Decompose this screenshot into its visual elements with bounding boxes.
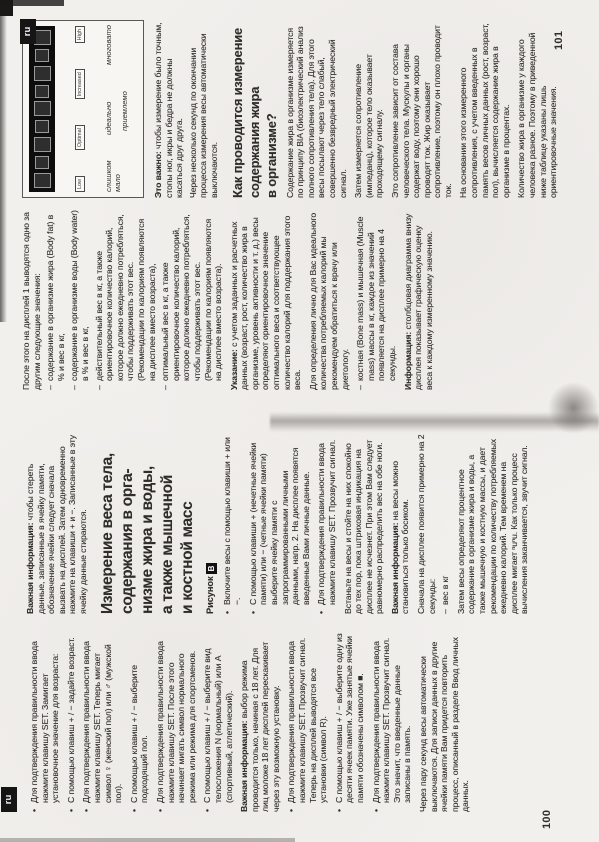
zone-tab-optimal: Optimal — [75, 125, 85, 150]
scan-edge-shadow-top — [0, 0, 7, 322]
list-item: •Для подтверждения правильности ввода на… — [155, 632, 197, 812]
paragraph: Это сопротивление зависит от состава чел… — [390, 22, 454, 198]
item-text: костная (Bone mass) и мышечная (Muscle m… — [355, 217, 397, 381]
dash-marker: – — [69, 385, 80, 390]
page-number-101: 101 — [553, 31, 565, 50]
item-body: оптимальный вес в кг, а также ориентиров… — [160, 214, 223, 381]
zone-tab-high: High — [75, 26, 85, 43]
scan-edge-shadow-right — [0, 0, 64, 6]
dash-item: –действительный вес в кг, а также ориент… — [94, 210, 158, 390]
zone-label-too-much: многовато — [105, 25, 114, 65]
section-heading: Как проводится измерение содержания жира… — [229, 22, 280, 198]
item-text: Содержание жира в организме измеряется п… — [285, 26, 348, 198]
paragraph: Затем весы определяют процентное содержа… — [456, 434, 530, 614]
paragraph: После этого на дисплей 1 выводятся одно … — [21, 210, 42, 390]
dash-marker: – — [440, 609, 451, 614]
item-text: Для подтверждения правильности ввода наж… — [286, 638, 328, 803]
dash-item: –содержание в организме воды (Body water… — [69, 210, 90, 390]
item-body: костная (Bone mass) и мышечная (Muscle m… — [355, 217, 397, 381]
item-text: Для подтверждения правильности ввода наж… — [81, 641, 123, 803]
note-paragraph: Важная информация: чтобы стереть данные,… — [25, 434, 89, 614]
lcd-segment — [35, 85, 49, 98]
bullet-marker: • — [371, 809, 382, 812]
item-body: С помощью клавиш + / − выберите подходящ… — [129, 665, 150, 803]
item-body: Через пару секунд весы автоматически вык… — [418, 637, 470, 812]
item-body: содержание в организме воды (Body water)… — [69, 210, 90, 381]
lcd-segment — [34, 173, 51, 188]
lcd-segment — [35, 49, 49, 62]
item-body: Для определения лично для Вас идеального… — [308, 213, 350, 390]
item-text: Для подтверждения правильности ввода наж… — [155, 641, 197, 803]
item-body: вес в кг — [440, 576, 450, 605]
dash-item: –вес в кг — [440, 434, 451, 614]
list-item: •Для подтверждения правильности ввода на… — [286, 632, 328, 812]
item-body: Это сопротивление зависит от состава чел… — [390, 25, 453, 198]
item-body: Затем измеряется сопротивление (импеданц… — [353, 54, 384, 198]
page-number-100: 100 — [541, 810, 553, 829]
item-body: Содержание жира в организме измеряется п… — [285, 26, 348, 198]
lcd-segment — [35, 156, 49, 169]
item-text: После этого на дисплей 1 выводятся одно … — [21, 212, 42, 390]
item-body: С помощью клавиш + / − задайте возраст. — [66, 637, 76, 803]
list-item: •Для подтверждения правильности ввода на… — [81, 632, 123, 812]
page100-left-column: •Для подтверждения правильности ввода на… — [26, 632, 471, 812]
paragraph: На основании этого измеренного сопротивл… — [458, 22, 511, 198]
bullet-marker: • — [155, 809, 166, 812]
item-text: Затем весы определяют процентное содержа… — [456, 439, 530, 614]
item-text: С помощью клавиш + / − выберите подходящ… — [129, 665, 150, 803]
page-fold-shadow — [270, 412, 599, 432]
item-text: Для подтверждения правильности ввода наж… — [371, 638, 413, 803]
dash-marker: – — [160, 385, 171, 390]
list-item: •Для подтверждения правильности ввода на… — [316, 434, 337, 614]
list-item: •С помощью клавиш + / − выберите вид тел… — [202, 632, 234, 812]
item-lead: Это важно: — [153, 149, 163, 198]
scan-corner-mark — [0, 0, 13, 16]
zone-tab-low: Low — [75, 176, 85, 192]
item-text: оптимальный вес в кг, а также ориентиров… — [160, 214, 223, 381]
lcd-segment-bar — [29, 26, 55, 192]
item-text: действительный вес в кг, а также ориенти… — [94, 214, 157, 381]
item-body: Для подтверждения правильности ввода наж… — [81, 641, 123, 803]
item-body: содержание в организме жира (Body fat) в… — [45, 215, 66, 381]
bullet-marker: • — [334, 809, 345, 812]
lcd-segment — [34, 137, 51, 152]
item-lead: Указание: — [229, 347, 239, 390]
dash-item: –оптимальный вес в кг, а также ориентиро… — [160, 210, 224, 390]
item-body: Для подтверждения правильности ввода наж… — [371, 638, 413, 803]
item-text: С помощью клавиш + / − выберите вид тело… — [202, 649, 233, 804]
bullet-marker: • — [286, 809, 297, 812]
item-body: Включите весы с помощью клавиши + или −. — [222, 437, 243, 605]
dash-marker: – — [94, 385, 105, 390]
zone-tabs: Low Optimal Increased High — [75, 26, 85, 192]
item-body: С помощью клавиш + / − выберите вид тело… — [202, 649, 233, 804]
manual-spread-rotated: ru •Для подтверждения правильности ввода… — [0, 0, 599, 842]
item-text: Важная информация: на весы можно станови… — [390, 461, 411, 614]
item-text: Сначала на дисплее появится примерно на … — [416, 435, 437, 614]
item-body: На основании этого измеренного сопротивл… — [458, 23, 510, 198]
item-text: Количество жира в организме у каждого че… — [516, 33, 558, 198]
figure-reference: Рисунок B — [205, 434, 217, 614]
item-text: Для определения лично для Вас идеального… — [308, 213, 350, 390]
item-text: С помощью клавиш + / − задайте возраст. — [66, 637, 76, 803]
item-body: Для подтверждения правильности ввода наж… — [316, 440, 337, 605]
list-item: •Для подтверждения правильности ввода на… — [371, 632, 413, 812]
item-lead: Важная информация: — [390, 520, 400, 614]
item-text: Включите весы с помощью клавиши + или −. — [222, 437, 243, 605]
bullet-marker: • — [222, 611, 233, 614]
item-text: Через пару секунд весы автоматически вык… — [418, 637, 470, 812]
item-body: действительный вес в кг, а также ориенти… — [94, 214, 157, 381]
item-text: Информация: столбцовая диаграмма внизу д… — [403, 214, 434, 390]
item-body: Затем весы определяют процентное содержа… — [456, 439, 530, 614]
paragraph: Через пару секунд весы автоматически вык… — [418, 632, 471, 812]
note-paragraph: Указание: с учетом заданных и расчетных … — [229, 210, 303, 390]
item-body: Количество жира в организме у каждого че… — [516, 33, 558, 198]
note-paragraph: Это важно: чтобы измерение было точным, … — [153, 22, 185, 198]
note-paragraph: Информация: столбцовая диаграмма внизу д… — [403, 210, 435, 390]
list-item: •С помощью клавиш + / − выберите одну из… — [334, 632, 366, 812]
bullet-marker: • — [81, 809, 92, 812]
dash-marker: – — [45, 385, 56, 390]
item-body: Для подтверждения правильности ввода наж… — [29, 641, 60, 803]
item-text: Важная информация: чтобы стереть данные,… — [25, 435, 88, 614]
paragraph: Затем измеряется сопротивление (импеданц… — [353, 22, 385, 198]
item-body: Сначала на дисплее появится примерно на … — [416, 435, 437, 614]
item-text: содержание в организме воды (Body water)… — [69, 210, 90, 381]
fold-smudge — [548, 382, 599, 434]
item-text: Это важно: чтобы измерение было точным, … — [153, 23, 184, 198]
page101-right-column: Это важно: чтобы измерение было точным, … — [150, 22, 559, 198]
page101-left-column: После этого на дисплей 1 выводятся одно … — [18, 210, 434, 390]
item-body: Через несколько секунд по окончании проц… — [188, 33, 219, 198]
item-text: Через несколько секунд по окончании проц… — [188, 33, 219, 198]
item-text: Важная информация: выбор режима проводит… — [239, 642, 281, 812]
lcd-segment — [35, 120, 49, 133]
bullet-marker: • — [316, 611, 327, 614]
item-body: После этого на дисплей 1 выводятся одно … — [21, 212, 42, 390]
zone-tab-increased: Increased — [75, 69, 85, 99]
paragraph: Содержание жира в организме измеряется п… — [285, 22, 349, 198]
item-body: с учетом заданных и расчетных данных (во… — [229, 216, 303, 390]
item-body: Встаньте на весы и стойте на них спокойн… — [343, 440, 385, 614]
language-tab-ru-right: ru — [20, 19, 36, 44]
zone-label-acceptable: приемлемо — [121, 91, 130, 131]
paragraph: Через несколько секунд по окончании проц… — [188, 22, 220, 198]
item-text: Для подтверждения правильности ввода наж… — [316, 440, 337, 605]
lcd-segment — [34, 102, 51, 117]
item-lead: Важная информация: — [25, 520, 35, 614]
item-text: вес в кг — [440, 576, 450, 605]
bullet-marker: • — [129, 809, 140, 812]
bullet-marker: • — [29, 809, 40, 812]
zone-label-too-little: слишком мало — [105, 160, 122, 192]
list-item: •С помощью клавиш + / − выберите подходя… — [129, 632, 150, 812]
paragraph: Для определения лично для Вас идеального… — [308, 210, 350, 390]
scanned-manual-page: ru •Для подтверждения правильности ввода… — [0, 0, 599, 842]
item-text: Это сопротивление зависит от состава чел… — [390, 25, 453, 198]
item-text: Встаньте на весы и стойте на них спокойн… — [343, 440, 385, 614]
bullet-marker: • — [66, 809, 77, 812]
item-lead: Информация: — [403, 330, 413, 390]
list-item: •Для подтверждения правильности ввода на… — [29, 632, 61, 812]
bullet-marker: • — [202, 809, 213, 812]
dash-item: –содержание в организме жира (Body fat) … — [45, 210, 66, 390]
section-heading: Измерение веса тела, содержания в орга- … — [98, 434, 198, 614]
dash-marker: – — [355, 385, 366, 390]
list-item: •С помощью клавиш + / − задайте возраст. — [66, 632, 77, 812]
lcd-segment — [34, 66, 51, 81]
paragraph: Встаньте на весы и стойте на них спокойн… — [343, 434, 385, 614]
item-text: Указание: с учетом заданных и расчетных … — [229, 216, 303, 390]
item-body: Для подтверждения правильности ввода наж… — [155, 641, 197, 803]
figure-letter-box: B — [206, 563, 217, 574]
item-body: С помощью клавиш + / − выберите одну из … — [334, 633, 365, 803]
item-body: С помощью клавиши + (нечетные ячейки пам… — [248, 443, 311, 605]
item-text: На основании этого измеренного сопротивл… — [458, 23, 510, 198]
page100-right-column: Важная информация: чтобы стереть данные,… — [22, 434, 530, 614]
figure-reference-label: Рисунок — [205, 576, 215, 614]
note-paragraph: Важная информация: на весы можно станови… — [390, 434, 411, 614]
zone-label-ideal: идеально — [105, 102, 114, 135]
language-tab-ru-left: ru — [1, 787, 17, 812]
paragraph: Сначала на дисплее появится примерно на … — [416, 434, 437, 614]
list-item: •С помощью клавиши + (нечетные ячейки па… — [248, 434, 312, 614]
item-text: С помощью клавиш + / − выберите одну из … — [334, 633, 365, 803]
scan-edge-shadow-left — [0, 838, 295, 842]
item-text: Затем измеряется сопротивление (импеданц… — [353, 54, 384, 198]
list-item: •Включите весы с помощью клавиши + или −… — [222, 434, 243, 614]
bullet-marker: • — [248, 611, 259, 614]
note-paragraph: Важная информация: выбор режима проводит… — [239, 632, 281, 812]
item-lead: Важная информация: — [239, 718, 249, 812]
display-bargraph-figure: Low Optimal Increased High слишком мало … — [22, 20, 144, 198]
lcd-segment — [34, 30, 51, 45]
item-body: Для подтверждения правильности ввода наж… — [286, 638, 328, 803]
item-text: содержание в организме жира (Body fat) в… — [45, 215, 66, 381]
item-text: С помощью клавиши + (нечетные ячейки пам… — [248, 443, 311, 605]
dash-item: –костная (Bone mass) и мышечная (Muscle … — [355, 210, 397, 390]
item-text: Для подтверждения правильности ввода наж… — [29, 641, 60, 803]
